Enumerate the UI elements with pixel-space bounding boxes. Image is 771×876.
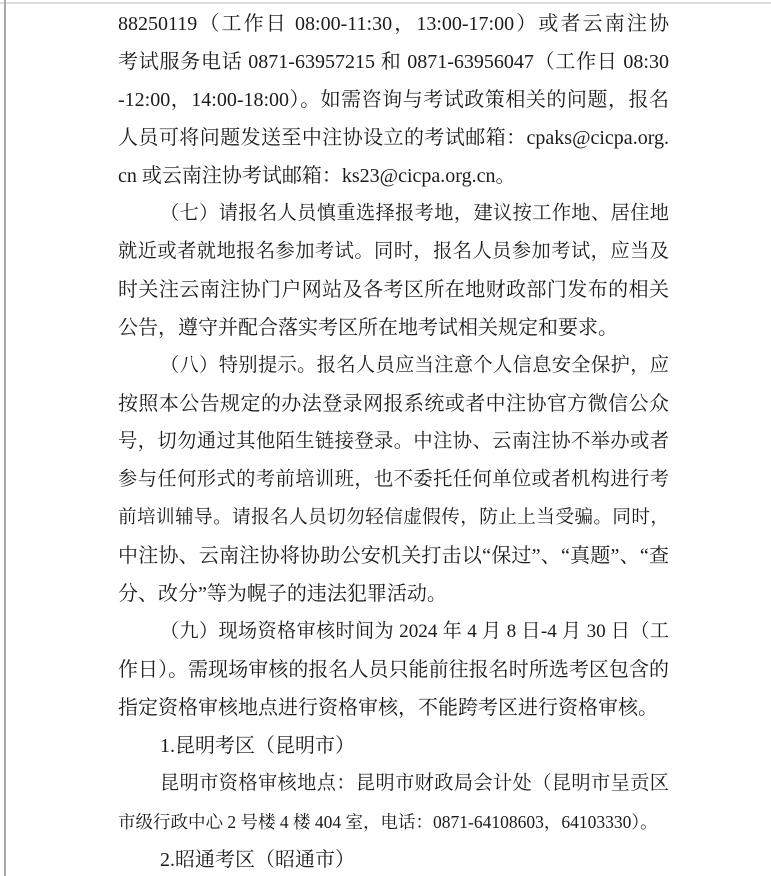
doc-line: 88250119（工作日 08:00-11:30，13:00-17:00）或者云…	[118, 5, 669, 43]
doc-line: 时关注云南注协门户网站及各考区所在地财政部门发布的相关	[118, 271, 669, 309]
doc-line: 就近或者就地报名参加考试。同时，报名人员参加考试，应当及	[118, 233, 669, 271]
page-top-border	[0, 2, 771, 4]
doc-line: 参与任何形式的考前培训班，也不委托任何单位或者机构进行考	[118, 461, 669, 499]
doc-line: 分、改分”等为幌子的违法犯罪活动。	[118, 575, 669, 613]
document-text-block: 88250119（工作日 08:00-11:30，13:00-17:00）或者云…	[118, 5, 669, 876]
doc-line: 按照本公告规定的办法登录网报系统或者中注协官方微信公众	[118, 385, 669, 423]
doc-line: 公告，遵守并配合落实考区所在地考试相关规定和要求。	[118, 309, 669, 347]
doc-line: 市级行政中心 2 号楼 4 楼 404 室，电话：0871-64108603，6…	[118, 803, 669, 841]
doc-line: cn 或云南注协考试邮箱：ks23@cicpa.org.cn。	[118, 157, 669, 195]
doc-line: （八）特别提示。报名人员应当注意个人信息安全保护，应	[118, 347, 669, 385]
doc-line: 中注协、云南注协将协助公安机关打击以“保过”、“真题”、“查	[118, 537, 669, 575]
doc-line: 昆明市资格审核地点：昆明市财政局会计处（昆明市呈贡区	[118, 765, 669, 803]
doc-line: 考试服务电话 0871-63957215 和 0871-63956047（工作日…	[118, 43, 669, 81]
doc-line: 1.昆明考区（昆明市）	[118, 727, 669, 765]
doc-line: -12:00，14:00-18:00）。如需咨询与考试政策相关的问题，报名	[118, 81, 669, 119]
doc-line: 指定资格审核地点进行资格审核，不能跨考区进行资格审核。	[118, 689, 669, 727]
doc-line: 作日）。需现场审核的报名人员只能前往报名时所选考区包含的	[118, 651, 669, 689]
doc-line: 2.昭通考区（昭通市）	[118, 841, 669, 876]
doc-line: 号，切勿通过其他陌生链接登录。中注协、云南注协不举办或者	[118, 423, 669, 461]
doc-line: （九）现场资格审核时间为 2024 年 4 月 8 日-4 月 30 日（工	[118, 613, 669, 651]
doc-line: 前培训辅导。请报名人员切勿轻信虚假传，防止上当受骗。同时，	[118, 499, 669, 537]
page-left-border	[4, 0, 6, 876]
doc-line: （七）请报名人员慎重选择报考地，建议按工作地、居住地	[118, 195, 669, 233]
doc-line: 人员可将问题发送至中注协设立的考试邮箱：cpaks@cicpa.org.	[118, 119, 669, 157]
